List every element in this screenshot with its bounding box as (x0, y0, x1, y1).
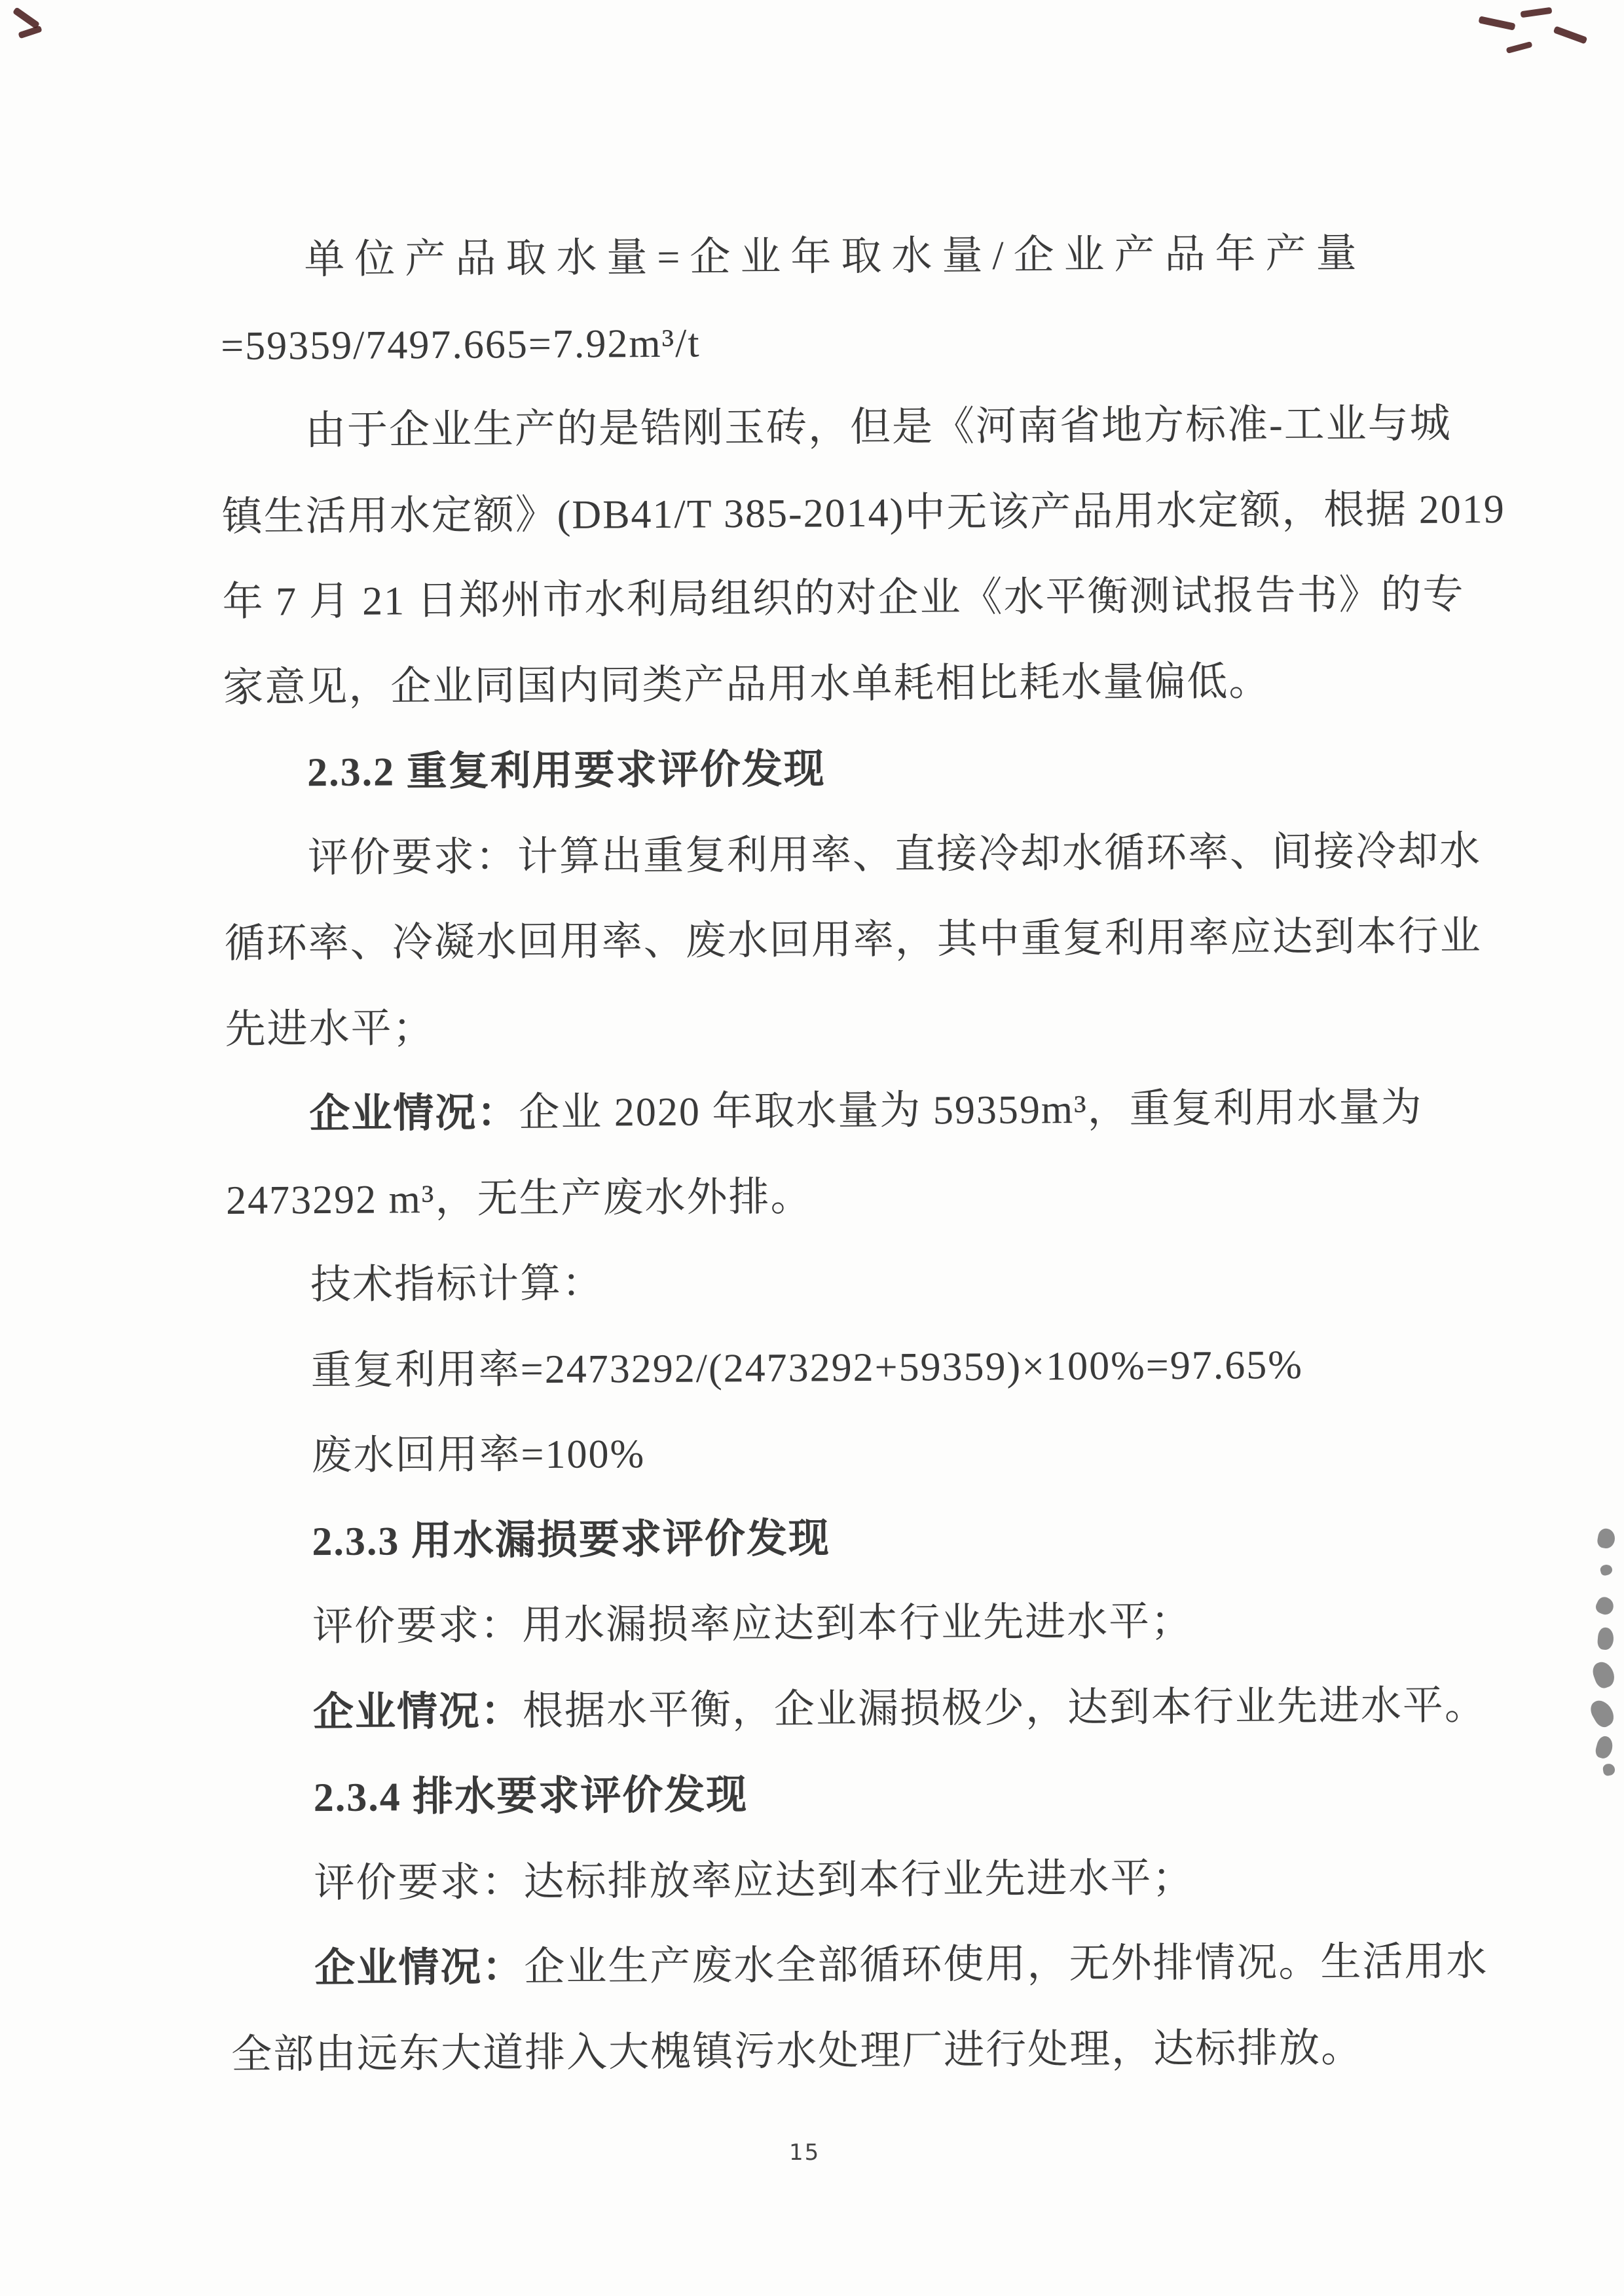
formula-result-line: =59359/7497.665=7.92m³/t (221, 296, 1407, 389)
stray-ink-mark (12, 7, 40, 29)
stray-ink-mark (1521, 7, 1553, 18)
text-line: 先进水平； (225, 979, 1411, 1072)
text-line: 2473292 m³，无生产废水外排。 (226, 1150, 1412, 1243)
bold-label: 企业情况： (314, 1945, 524, 1991)
margin-annotation-mark (1599, 1563, 1614, 1576)
text-line: 企业情况：企业 2020 年取水量为 59359m³，重复利用水量为 (225, 1065, 1411, 1158)
text-line: 家意见，企业同国内同类产品用水单耗相比耗水量偏低。 (223, 638, 1409, 731)
line-text: 根据水平衡，企业漏损极少，达到本行业先进水平。 (523, 1683, 1486, 1734)
section-heading-2-3-2: 2.3.2 重复利用要求评价发现 (223, 723, 1409, 816)
text-line: 循环率、冷凝水回用率、废水回用率，其中重复利用率应达到本行业 (224, 894, 1410, 987)
page-number: 15 (789, 2140, 820, 2166)
section-heading-2-3-3: 2.3.3 用水漏损要求评价发现 (228, 1492, 1414, 1585)
margin-annotation-mark (1594, 1595, 1617, 1618)
text-line: 由于企业生产的是锆刚玉砖，但是《河南省地方标准-工业与城 (221, 382, 1407, 475)
text-line: 技术指标计算： (227, 1236, 1412, 1329)
margin-annotation-mark (1590, 1659, 1617, 1690)
text-line: 评价要求：计算出重复利用率、直接冷却水循环率、间接冷却水 (224, 809, 1410, 902)
stray-ink-mark (1506, 41, 1533, 54)
text-line: 镇生活用水定额》(DB41/T 385-2014)中无该产品用水定额，根据 20… (221, 467, 1407, 560)
bold-label: 企业情况： (309, 1091, 519, 1137)
section-heading-2-3-4: 2.3.4 排水要求评价发现 (229, 1749, 1415, 1842)
text-line: 企业情况：根据水平衡，企业漏损极少，达到本行业先进水平。 (229, 1663, 1415, 1756)
margin-annotation-mark (1587, 1696, 1618, 1730)
text-line: 全部由远东大道排入大槐镇污水处理厂进行处理，达标排放。 (231, 2005, 1417, 2098)
bold-label: 企业情况： (313, 1689, 523, 1735)
scanned-document-page: 单位产品取水量=企业年取水量/企业产品年产量 =59359/7497.665=7… (0, 0, 1624, 2296)
margin-annotation-mark (1597, 1627, 1615, 1650)
formula-line: 重复利用率=2473292/(2473292+59359)×100%=97.65… (227, 1321, 1412, 1414)
margin-annotation-mark (1594, 1734, 1615, 1760)
stray-ink-mark (18, 26, 42, 39)
margin-annotation-mark (1596, 1527, 1617, 1550)
text-line: 评价要求：用水漏损率应达到本行业先进水平； (229, 1578, 1414, 1671)
stray-ink-mark (1553, 26, 1588, 44)
line-text: 企业生产废水全部循环使用，无外排情况。生活用水 (524, 1939, 1488, 1990)
line-text: 企业 2020 年取水量为 59359m³，重复利用水量为 (519, 1085, 1423, 1135)
document-body: 单位产品取水量=企业年取水量/企业产品年产量 =59359/7497.665=7… (220, 211, 1417, 2098)
text-line: 评价要求：达标排放率应达到本行业先进水平； (230, 1834, 1416, 1927)
formula-line: 单位产品取水量=企业年取水量/企业产品年产量 (220, 211, 1406, 304)
stray-ink-mark (1478, 16, 1515, 30)
margin-annotation-mark (1602, 1763, 1616, 1777)
text-line: 企业情况：企业生产废水全部循环使用，无外排情况。生活用水 (231, 1920, 1416, 2013)
text-line: 年 7 月 21 日郑州市水利局组织的对企业《水平衡测试报告书》的专 (222, 553, 1408, 646)
formula-line: 废水回用率=100% (227, 1407, 1413, 1500)
